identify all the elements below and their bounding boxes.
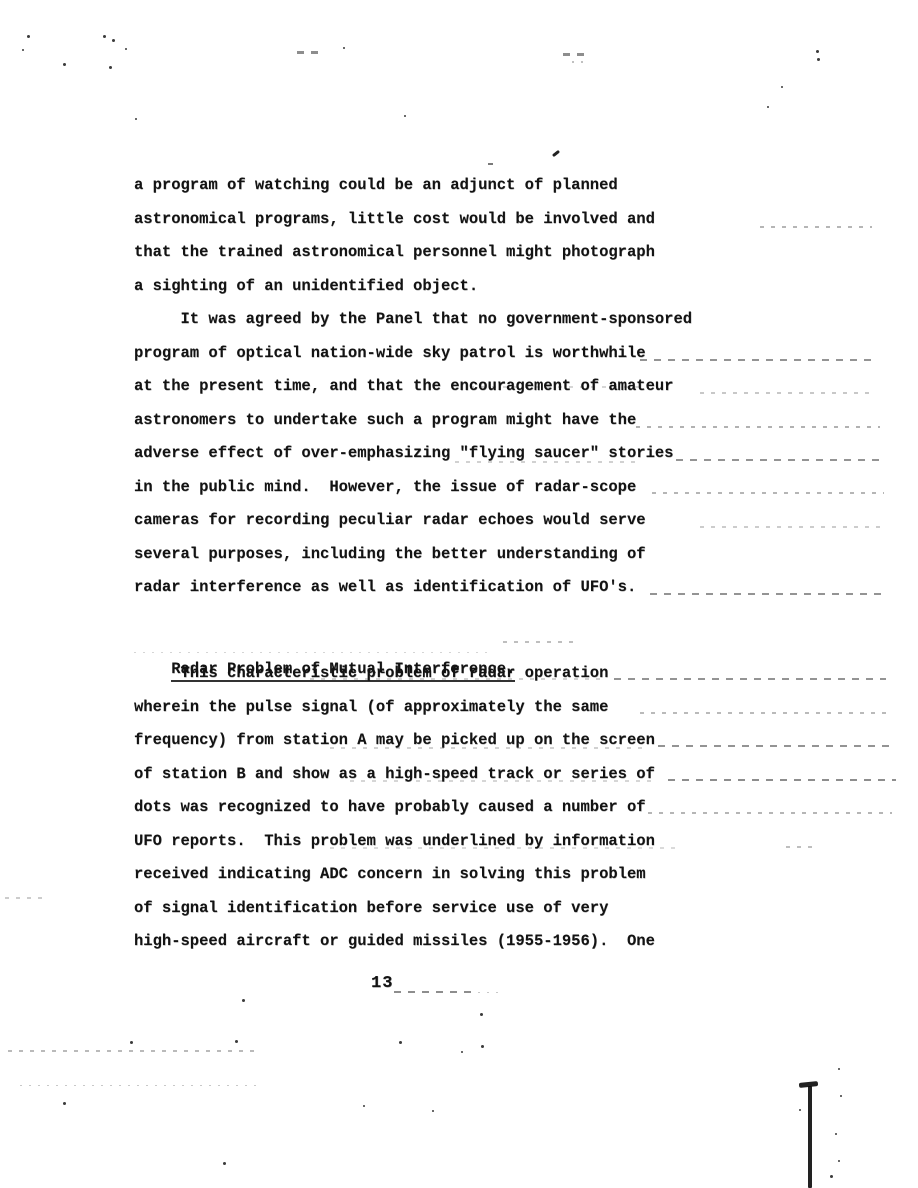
scan-speck	[223, 1162, 226, 1165]
scan-artifact	[5, 897, 47, 899]
text-line: high-speed aircraft or guided missiles (…	[134, 925, 655, 959]
scan-smudge	[297, 51, 323, 54]
scan-speck	[399, 1041, 402, 1044]
scan-speck	[461, 1051, 463, 1053]
text-line: dots was recognized to have probably cau…	[134, 791, 655, 825]
scan-speck	[767, 106, 769, 108]
scan-artifact	[20, 1085, 260, 1086]
scan-artifact	[700, 526, 880, 528]
scan-speck	[363, 1105, 365, 1107]
scan-speck	[835, 1133, 837, 1135]
scan-artifact	[330, 747, 645, 749]
scan-speck	[112, 39, 115, 42]
scan-artifact	[470, 386, 640, 388]
scan-artifact	[786, 846, 812, 848]
scan-speck	[432, 1110, 434, 1112]
scan-artifact	[503, 641, 573, 643]
scan-speck	[838, 1160, 840, 1162]
scan-speck	[488, 163, 493, 165]
scan-speck	[404, 115, 406, 117]
text-line: received indicating ADC concern in solvi…	[134, 858, 655, 892]
scan-artifact	[8, 1050, 254, 1052]
text-line: in the public mind. However, the issue o…	[134, 471, 692, 505]
text-line: UFO reports. This problem was underlined…	[134, 825, 655, 859]
scan-speck	[781, 86, 783, 88]
scan-smudge	[572, 61, 584, 63]
scan-speck	[817, 58, 820, 61]
text-line: cameras for recording peculiar radar ech…	[134, 504, 692, 538]
scan-speck	[63, 1102, 66, 1105]
text-line: wherein the pulse signal (of approximate…	[134, 691, 655, 725]
scan-speck	[838, 1068, 840, 1070]
scan-artifact	[648, 812, 892, 814]
text-line: a program of watching could be an adjunc…	[134, 169, 655, 203]
scan-artifact	[636, 426, 880, 428]
scan-artifact	[310, 678, 605, 680]
scan-speck	[816, 50, 819, 53]
scan-artifact	[640, 359, 876, 361]
scan-artifact	[700, 392, 876, 394]
scan-speck	[103, 35, 106, 38]
scan-speck	[125, 48, 127, 50]
scan-smudge	[563, 53, 591, 56]
scan-speck	[552, 150, 560, 157]
scan-speck	[235, 1040, 238, 1043]
scan-artifact	[640, 712, 886, 714]
scan-speck	[480, 1013, 483, 1016]
scan-speck	[481, 1045, 484, 1048]
scan-artifact	[330, 847, 680, 849]
scan-speck	[135, 118, 137, 120]
text-line: radar interference as well as identifica…	[134, 571, 692, 605]
scan-artifact	[658, 745, 890, 747]
scan-speck	[840, 1095, 842, 1097]
scan-artifact	[614, 678, 886, 680]
scan-artifact	[760, 226, 872, 228]
paragraph-3: This characteristic problem of radar ope…	[134, 657, 655, 959]
scan-artifact	[676, 459, 884, 461]
text-line: several purposes, including the better u…	[134, 538, 692, 572]
scan-artifact	[652, 492, 884, 494]
scan-speck	[109, 66, 112, 69]
text-line: It was agreed by the Panel that no gover…	[134, 303, 692, 337]
scan-speck	[27, 35, 30, 38]
scan-artifact	[394, 991, 472, 993]
text-line: astronomical programs, little cost would…	[134, 203, 655, 237]
page-number: 13	[371, 974, 393, 993]
scan-artifact	[668, 779, 896, 781]
scan-speck	[22, 49, 24, 51]
document-page: a program of watching could be an adjunc…	[0, 0, 918, 1188]
scan-artifact	[455, 461, 635, 463]
scan-artifact	[478, 992, 502, 993]
scan-speck	[242, 999, 245, 1002]
text-line: program of optical nation-wide sky patro…	[134, 337, 692, 371]
text-line: adverse effect of over-emphasizing "flyi…	[134, 437, 692, 471]
scan-artifact	[650, 593, 888, 595]
scan-speck	[830, 1175, 833, 1178]
text-line: of station B and show as a high-speed tr…	[134, 758, 655, 792]
scan-speck	[343, 47, 345, 49]
scan-speck	[130, 1041, 133, 1044]
margin-mark-line	[808, 1086, 812, 1188]
text-line: frequency) from station A may be picked …	[134, 724, 655, 758]
paragraph-2: It was agreed by the Panel that no gover…	[134, 303, 692, 605]
scan-speck	[63, 63, 66, 66]
text-line: that the trained astronomical personnel …	[134, 236, 655, 270]
text-line: astronomers to undertake such a program …	[134, 404, 692, 438]
scan-artifact	[350, 780, 655, 782]
scan-artifact	[134, 652, 494, 653]
text-line: This characteristic problem of radar ope…	[134, 657, 655, 691]
text-line: of signal identification before service …	[134, 892, 655, 926]
scan-speck	[799, 1109, 801, 1111]
text-line: a sighting of an unidentified object.	[134, 270, 655, 304]
paragraph-1: a program of watching could be an adjunc…	[134, 169, 655, 303]
